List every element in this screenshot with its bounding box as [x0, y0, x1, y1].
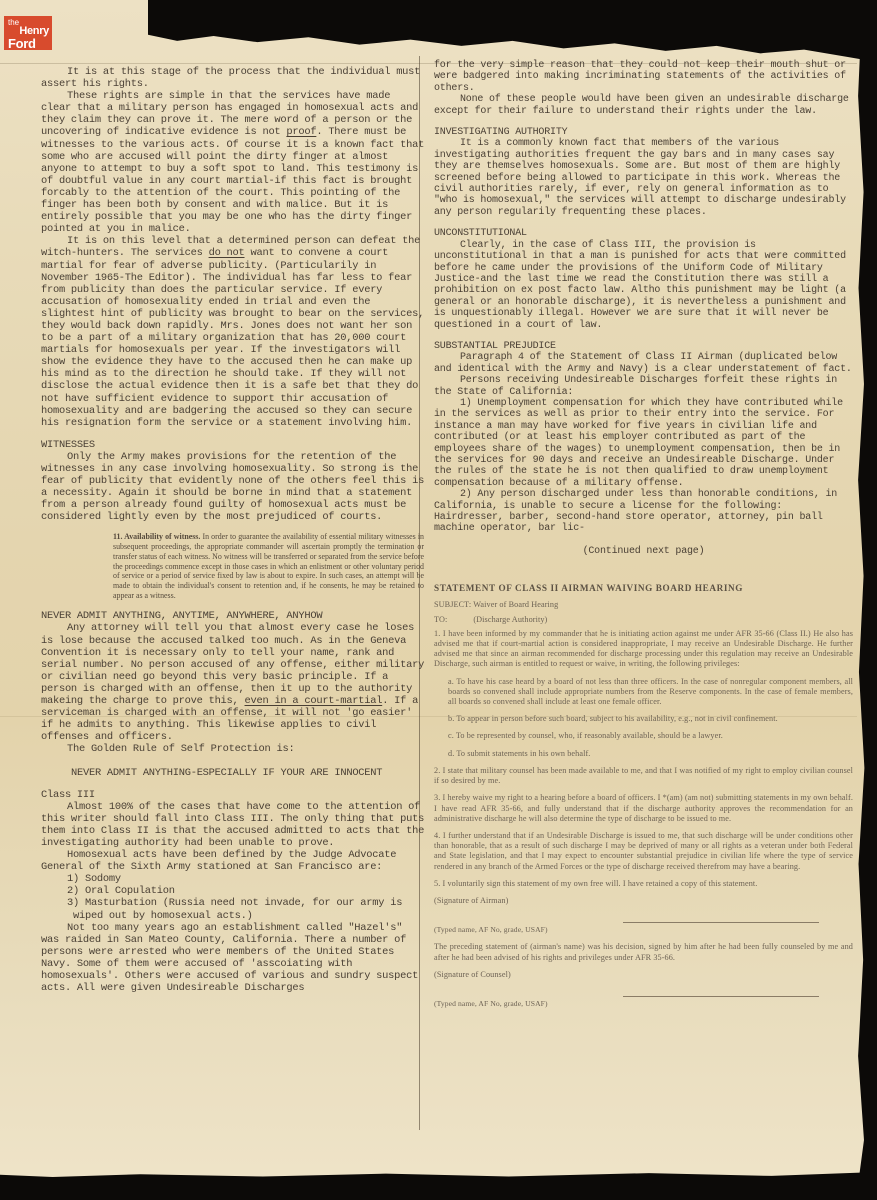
- form-item-1d: d. To submit statements in his own behal…: [448, 749, 853, 759]
- form-item-5: 5. I voluntarily sign this statement of …: [434, 879, 853, 889]
- torn-edge-bottom: [0, 1172, 877, 1200]
- paragraph-investigating-authority: It is a commonly known fact that members…: [434, 138, 853, 218]
- paragraph-none-of-these: None of these people would have been giv…: [434, 94, 853, 117]
- regulation-excerpt-body: In order to guarantee the availability o…: [113, 532, 424, 599]
- heading-never-admit: NEVER ADMIT ANYTHING, ANYTIME, ANYWHERE,…: [41, 610, 425, 622]
- paragraph-unconstitutional: Clearly, in the case of Class III, the p…: [434, 240, 853, 331]
- paragraph-assert-rights: It is at this stage of the process that …: [41, 66, 425, 90]
- signature-rule: [623, 996, 820, 997]
- text-segment: want to convene a court martial for fear…: [41, 247, 424, 428]
- heading-substantial-prejudice: SUBSTANTIAL PREJUDICE: [434, 341, 853, 352]
- paragraph-license-item: 2) Any person discharged under less than…: [434, 489, 853, 535]
- form-to-value: (Discharge Authority): [473, 615, 547, 624]
- typed-name-counsel-label: (Typed name, AF No, grade, USAF): [434, 999, 664, 1009]
- paragraph-class-iii: Almost 100% of the cases that have come …: [41, 801, 425, 849]
- form-item-2: 2. I state that military counsel has bee…: [434, 766, 853, 786]
- logo-text-ford: Ford: [8, 37, 49, 50]
- paragraph-golden-rule: The Golden Rule of Self Protection is:: [41, 743, 425, 755]
- form-to-line: TO:(Discharge Authority): [434, 615, 853, 625]
- paragraph-continuation: for the very simple reason that they cou…: [434, 60, 853, 94]
- text-segment: proof: [286, 126, 316, 138]
- right-column: for the very simple reason that they cou…: [434, 60, 853, 1016]
- form-item-1c: c. To be represented by counsel, who, if…: [448, 731, 853, 741]
- paragraph-prejudice-2: Persons receiving Undesireable Discharge…: [434, 375, 853, 398]
- regulation-excerpt: 11. Availability of witness. In order to…: [113, 532, 424, 600]
- signature-rule: [623, 922, 820, 923]
- paragraph-prejudice-1: Paragraph 4 of the Statement of Class II…: [434, 352, 853, 375]
- paragraph-defeat-witch-hunters: It is on this level that a determined pe…: [41, 235, 425, 429]
- text-segment: even in a court-martial: [245, 695, 383, 707]
- form-counsel-statement: The preceding statement of (airman's nam…: [434, 942, 853, 962]
- defined-acts-list: 1) Sodomy2) Oral Copulation3) Masturbati…: [41, 873, 425, 921]
- af-waiver-form: STATEMENT OF CLASS II AIRMAN WAIVING BOA…: [434, 583, 853, 1009]
- henry-ford-logo: the Henry Ford: [4, 16, 52, 50]
- form-item-1: 1. I have been informed by my commander …: [434, 629, 853, 670]
- text-segment: . There must be witnesses to the various…: [41, 126, 424, 235]
- heading-witnesses: WITNESSES: [41, 439, 425, 451]
- form-to-label: TO:: [434, 615, 447, 624]
- paragraph-witnesses: Only the Army makes provisions for the r…: [41, 451, 425, 524]
- paragraph-hazels-raid: Not too many years ago an establishment …: [41, 922, 425, 995]
- form-item-3: 3. I hereby waive my right to a hearing …: [434, 793, 853, 824]
- signature-of-counsel-label: (Signature of Counsel): [434, 970, 664, 980]
- heading-class-iii: Class III: [41, 789, 425, 801]
- paragraph-homosexual-acts-defined: Homosexual acts have been defined by the…: [41, 849, 425, 873]
- list-item: 2) Oral Copulation: [73, 885, 425, 897]
- slogan-never-admit: NEVER ADMIT ANYTHING-ESPECIALLY IF YOUR …: [71, 767, 425, 779]
- list-item: 3) Masturbation (Russia need not invade,…: [73, 897, 425, 921]
- signature-of-airman-label: (Signature of Airman): [434, 896, 664, 906]
- regulation-excerpt-lead: 11. Availability of witness.: [113, 532, 200, 541]
- scanned-document-page: the Henry Ford It is at this stage of th…: [0, 0, 877, 1200]
- left-column: It is at this stage of the process that …: [41, 66, 425, 994]
- form-title: STATEMENT OF CLASS II AIRMAN WAIVING BOA…: [434, 583, 853, 593]
- form-item-1a: a. To have his case heard by a board of …: [448, 677, 853, 708]
- paragraph-rights-simple: These rights are simple in that the serv…: [41, 90, 425, 235]
- continued-next-page-note: (Continued next page): [434, 546, 853, 557]
- form-item-1b: b. To appear in person before such board…: [448, 714, 853, 724]
- torn-edge-right: [856, 0, 877, 1200]
- heading-investigating-authority: INVESTIGATING AUTHORITY: [434, 127, 853, 138]
- list-item: 1) Sodomy: [73, 873, 425, 885]
- heading-unconstitutional: UNCONSTITUTIONAL: [434, 228, 853, 239]
- paragraph-unemployment-item: 1) Unemployment compensation for which t…: [434, 398, 853, 489]
- torn-edge-top: [148, 0, 877, 62]
- paragraph-never-admit: Any attorney will tell you that almost e…: [41, 622, 425, 743]
- form-item-4: 4. I further understand that if an Undes…: [434, 831, 853, 872]
- form-subject-line: SUBJECT: Waiver of Board Hearing: [434, 600, 853, 610]
- typed-name-airman-label: (Typed name, AF No, grade, USAF): [434, 925, 664, 935]
- text-segment: do not: [209, 247, 245, 259]
